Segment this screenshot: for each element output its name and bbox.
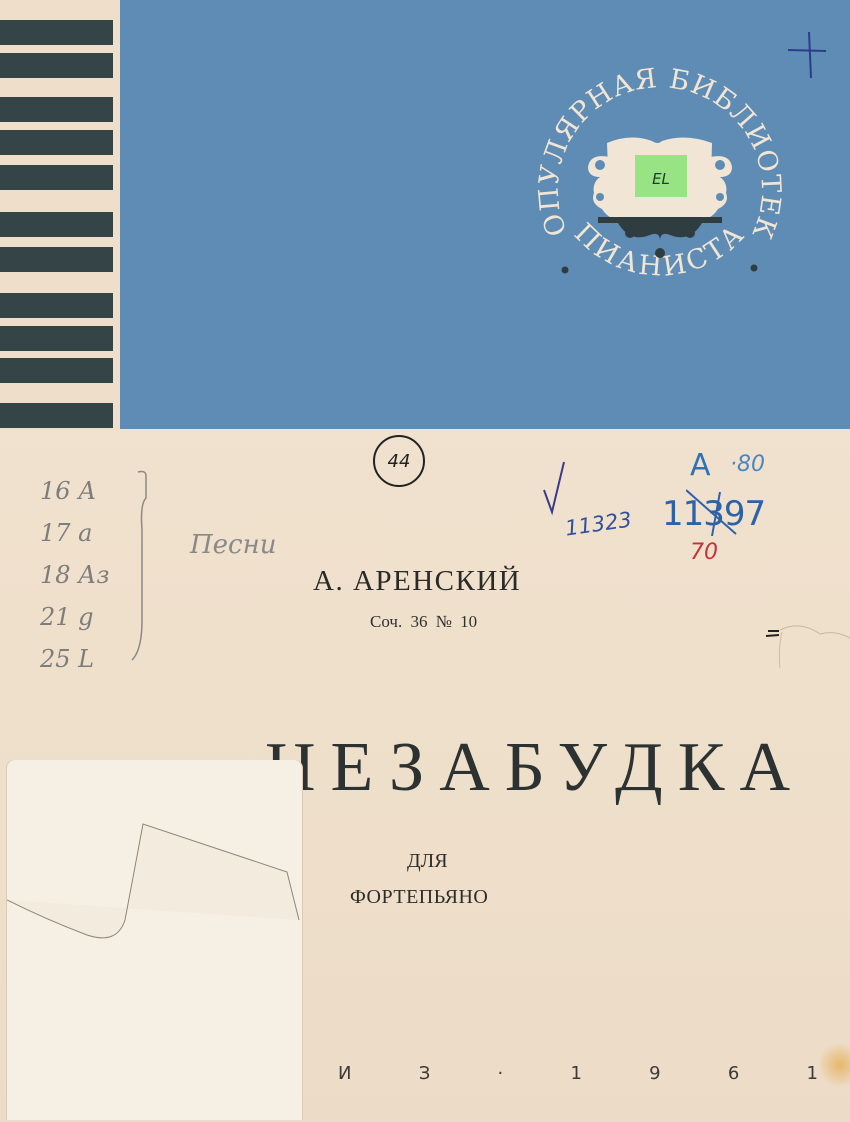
- publisher-char: 1: [570, 1063, 581, 1084]
- pocket-flap: [7, 760, 302, 1120]
- piano-key: [0, 247, 113, 272]
- library-card-pocket[interactable]: [7, 760, 302, 1120]
- pencil-list-item: 16 А: [40, 470, 109, 512]
- piano-key: [0, 165, 113, 190]
- publisher-char: 9: [649, 1063, 660, 1084]
- piano-key: [0, 212, 113, 237]
- piano-key: [0, 130, 113, 155]
- pencil-list-item: 17 а: [40, 512, 109, 554]
- publisher-char: ·: [497, 1063, 503, 1084]
- pencil-list: 16 А17 а18 Аз21 g25 L: [40, 470, 109, 680]
- piano-key: [0, 20, 113, 45]
- shelf-letter: А: [690, 448, 711, 483]
- piano-key: [0, 358, 113, 383]
- paper-stain: [820, 1040, 850, 1090]
- strikethrough-mark-icon: [686, 486, 738, 536]
- pencil-list-item: 18 Аз: [40, 554, 109, 596]
- book-cover: ПОПУЛЯРНАЯ БИБЛИОТЕКА ПИАНИСТА EL: [0, 0, 850, 1122]
- circled-number: 44: [373, 435, 425, 487]
- opus-number: Соч. 36 № 10: [370, 612, 477, 632]
- svg-text:EL: EL: [652, 170, 670, 188]
- pencil-list-item: 25 L: [40, 638, 109, 680]
- piano-key: [0, 403, 113, 428]
- bracket-mark-icon: [130, 470, 160, 670]
- red-note: 70: [690, 540, 718, 565]
- publisher-char: 6: [728, 1063, 739, 1084]
- checkmark-icon: [540, 460, 570, 520]
- piece-title: НЕЗАБУДКА: [265, 728, 805, 808]
- piano-key: [0, 293, 113, 318]
- book-stand-emblem-icon: ПОПУЛЯРНАЯ БИБЛИОТЕКА ПИАНИСТА EL: [540, 65, 780, 305]
- piano-key: [0, 97, 113, 122]
- series-logo: ПОПУЛЯРНАЯ БИБЛИОТЕКА ПИАНИСТА EL: [540, 65, 780, 305]
- inventory-number: 11323: [564, 507, 634, 540]
- for-label: ДЛЯ: [407, 850, 448, 873]
- publisher-char: 1: [807, 1063, 818, 1084]
- paper-crease: [700, 620, 850, 670]
- piano-keys-strip: [0, 0, 120, 430]
- plus-mark-icon: [786, 30, 828, 80]
- shelf-number: ·80: [730, 452, 765, 477]
- pencil-list-item: 21 g: [40, 596, 109, 638]
- publisher-char: З: [419, 1063, 431, 1084]
- composer-name: А. АРЕНСКИЙ: [313, 565, 521, 598]
- piano-key: [0, 326, 113, 351]
- piano-key: [0, 53, 113, 78]
- pencil-note: Песни: [190, 530, 277, 560]
- publisher-char: И: [338, 1063, 351, 1084]
- instrument-label: ФОРТЕПЬЯНО: [350, 886, 488, 909]
- publisher-line: ИЗ·1961: [338, 1063, 818, 1084]
